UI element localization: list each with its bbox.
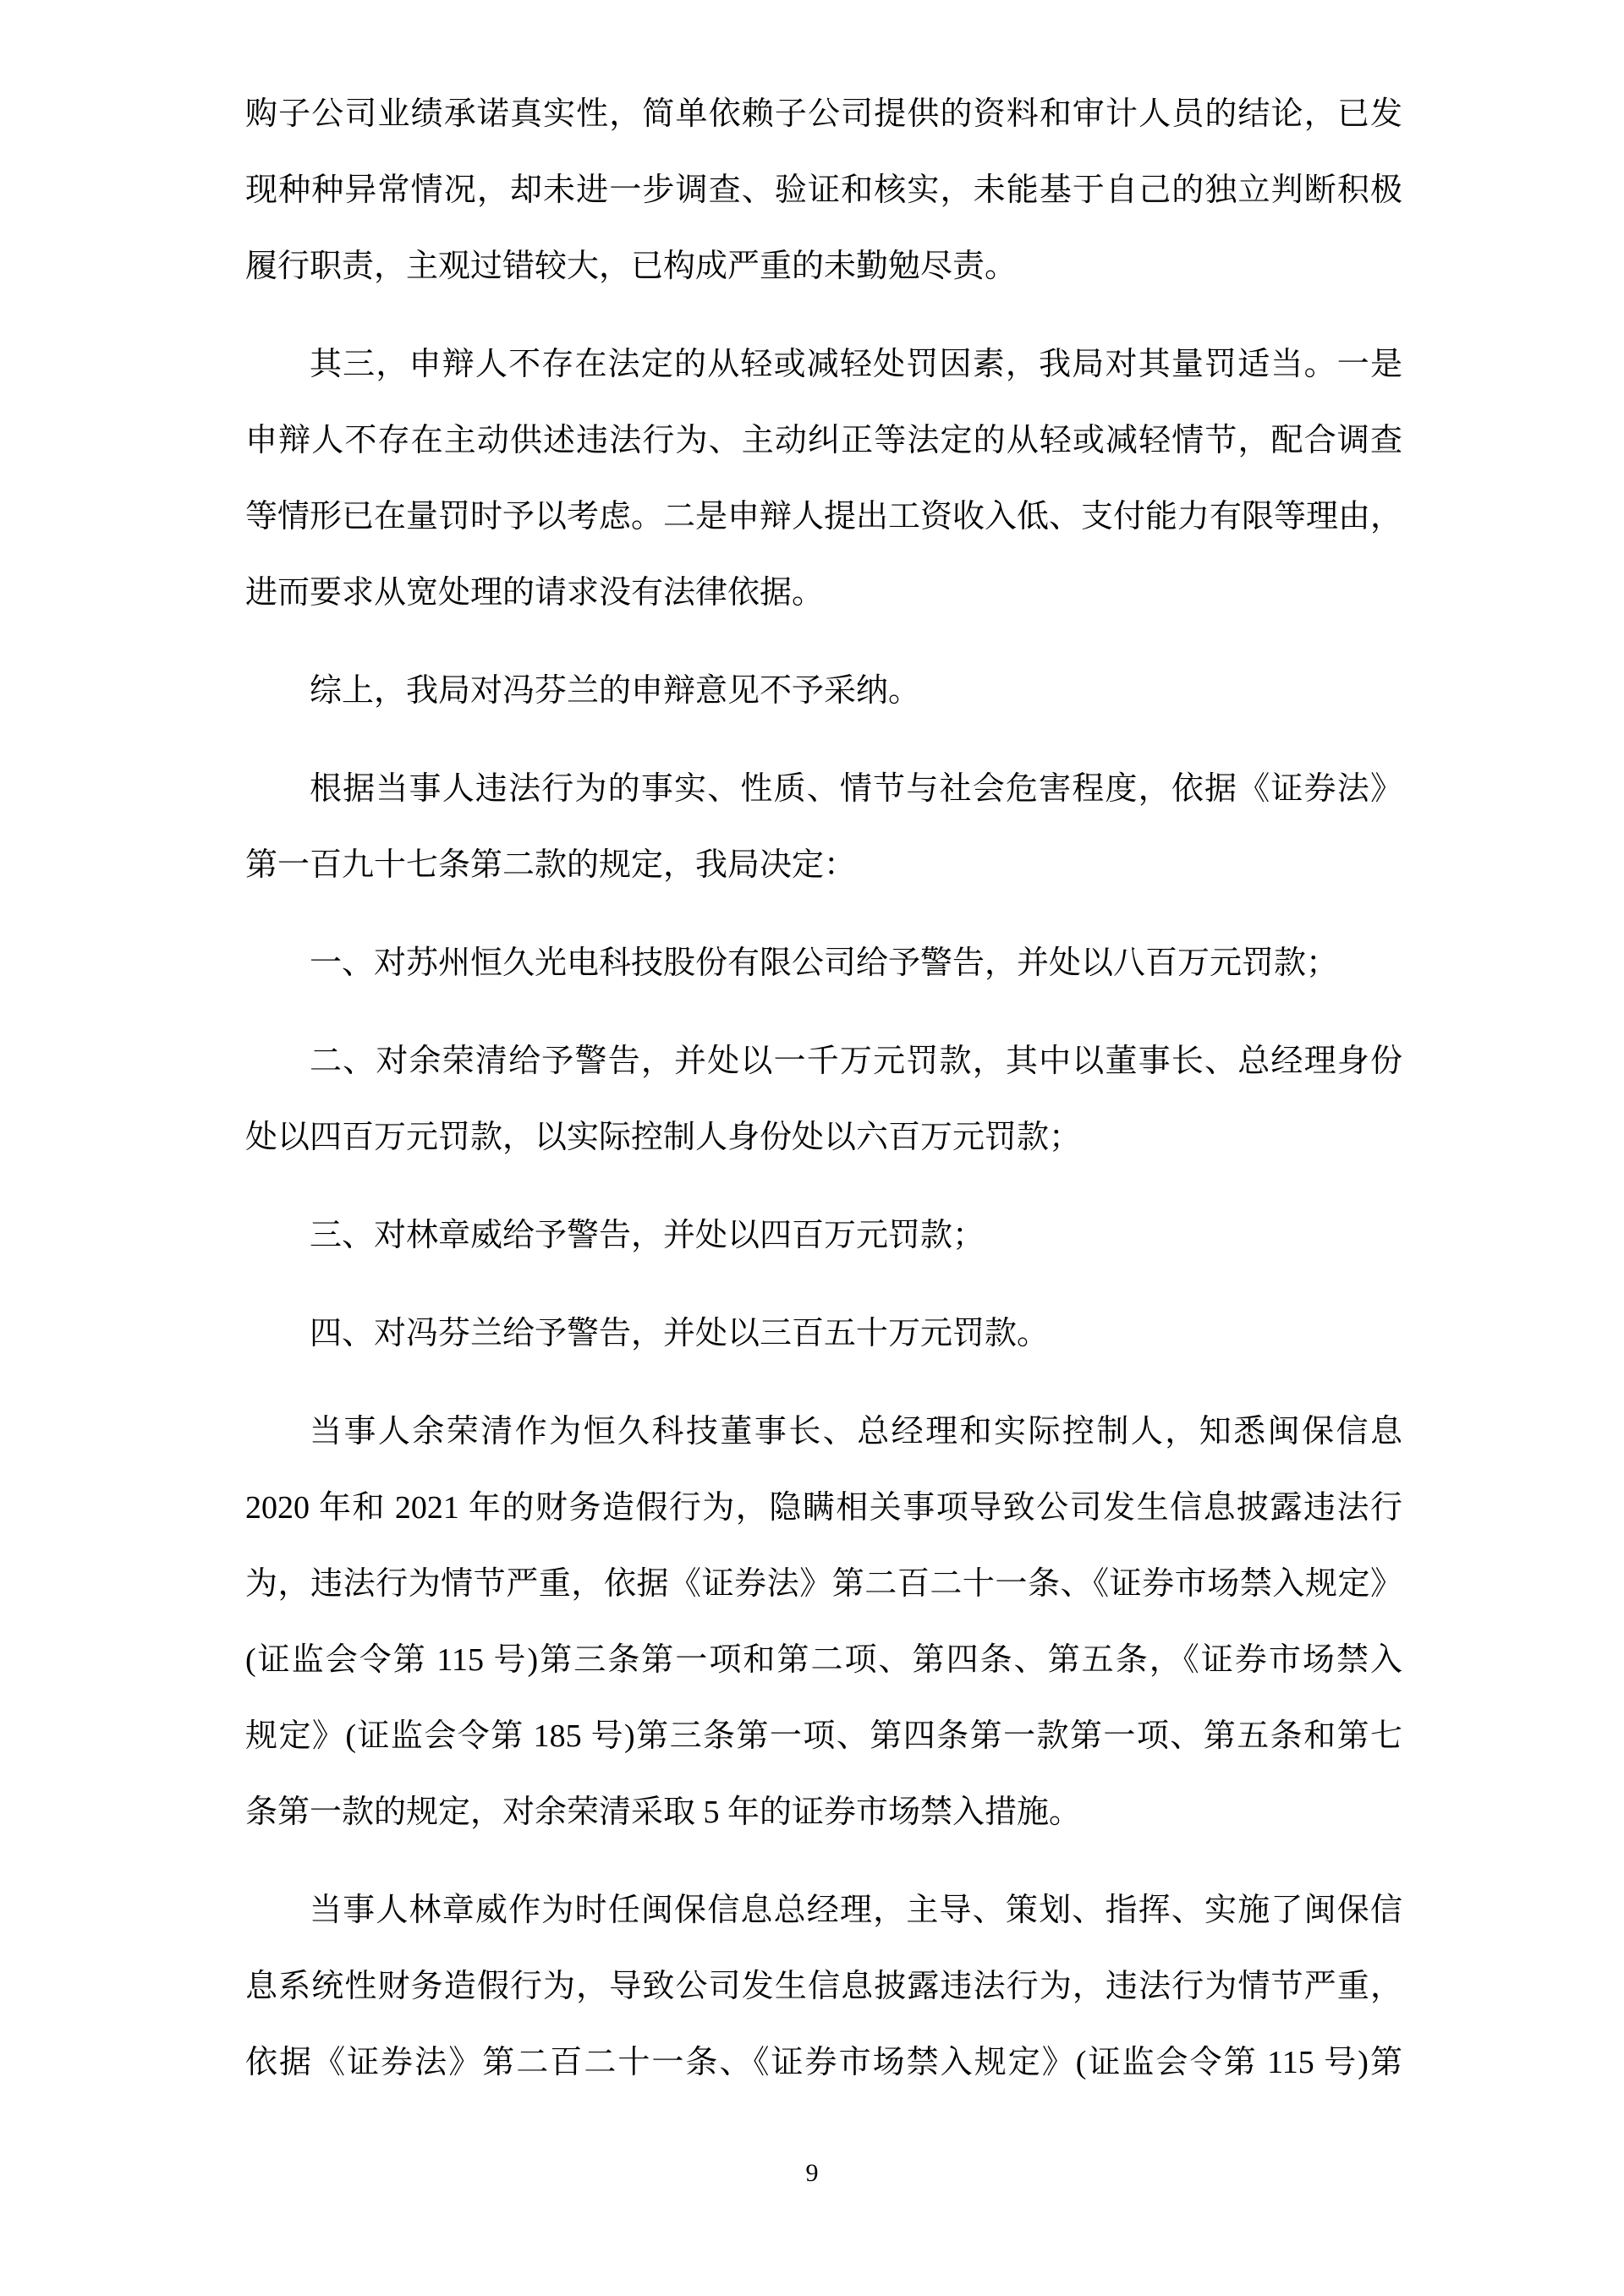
text-line: 二、对余荣清给予警告，并处以一千万元罚款，其中以董事长、总经理身份 bbox=[245, 1023, 1402, 1099]
paragraph: 根据当事人违法行为的事实、性质、情节与社会危害程度，依据《证券法》第一百九十七条… bbox=[245, 751, 1402, 903]
text-line: 当事人余荣清作为恒久科技董事长、总经理和实际控制人，知悉闽保信息 bbox=[245, 1394, 1402, 1470]
text-line: 等情形已在量罚时予以考虑。二是申辩人提出工资收入低、支付能力有限等理由， bbox=[245, 479, 1402, 555]
document-body: 购子公司业绩承诺真实性，简单依赖子公司提供的资料和审计人员的结论，已发现种种异常… bbox=[245, 76, 1402, 2101]
text-line: 条第一款的规定，对余荣清采取 5 年的证券市场禁入措施。 bbox=[245, 1774, 1402, 1850]
paragraph: 其三，申辩人不存在法定的从轻或减轻处罚因素，我局对其量罚适当。一是申辩人不存在主… bbox=[245, 326, 1402, 631]
text-line: 申辩人不存在主动供述违法行为、主动纠正等法定的从轻或减轻情节，配合调查 bbox=[245, 403, 1402, 479]
document-page: 购子公司业绩承诺真实性，简单依赖子公司提供的资料和审计人员的结论，已发现种种异常… bbox=[0, 0, 1624, 2296]
text-line: 当事人林章威作为时任闽保信息总经理，主导、策划、指挥、实施了闽保信 bbox=[245, 1872, 1402, 1948]
text-line: 第一百九十七条第二款的规定，我局决定： bbox=[245, 827, 1402, 903]
text-line: 规定》(证监会令第 185 号)第三条第一项、第四条第一款第一项、第五条和第七 bbox=[245, 1698, 1402, 1774]
page-number: 9 bbox=[0, 2148, 1624, 2199]
paragraph: 二、对余荣清给予警告，并处以一千万元罚款，其中以董事长、总经理身份处以四百万元罚… bbox=[245, 1023, 1402, 1175]
text-line: 处以四百万元罚款，以实际控制人身份处以六百万元罚款； bbox=[245, 1099, 1402, 1175]
paragraph: 购子公司业绩承诺真实性，简单依赖子公司提供的资料和审计人员的结论，已发现种种异常… bbox=[245, 76, 1402, 304]
text-line: 为，违法行为情节严重，依据《证券法》第二百二十一条、《证券市场禁入规定》 bbox=[245, 1546, 1402, 1622]
text-line: 根据当事人违法行为的事实、性质、情节与社会危害程度，依据《证券法》 bbox=[245, 751, 1402, 827]
text-line: (证监会令第 115 号)第三条第一项和第二项、第四条、第五条，《证券市场禁入 bbox=[245, 1622, 1402, 1698]
text-line: 履行职责，主观过错较大，已构成严重的未勤勉尽责。 bbox=[245, 228, 1402, 304]
paragraph: 四、对冯芬兰给予警告，并处以三百五十万元罚款。 bbox=[245, 1296, 1402, 1372]
text-line: 息系统性财务造假行为，导致公司发生信息披露违法行为，违法行为情节严重， bbox=[245, 1948, 1402, 2025]
text-line: 四、对冯芬兰给予警告，并处以三百五十万元罚款。 bbox=[245, 1296, 1402, 1372]
text-line: 一、对苏州恒久光电科技股份有限公司给予警告，并处以八百万元罚款； bbox=[245, 925, 1402, 1001]
text-line: 购子公司业绩承诺真实性，简单依赖子公司提供的资料和审计人员的结论，已发 bbox=[245, 76, 1402, 152]
paragraph: 三、对林章威给予警告，并处以四百万元罚款； bbox=[245, 1197, 1402, 1274]
text-line: 2020 年和 2021 年的财务造假行为，隐瞒相关事项导致公司发生信息披露违法… bbox=[245, 1470, 1402, 1546]
paragraph: 当事人余荣清作为恒久科技董事长、总经理和实际控制人，知悉闽保信息2020 年和 … bbox=[245, 1394, 1402, 1850]
paragraph: 当事人林章威作为时任闽保信息总经理，主导、策划、指挥、实施了闽保信息系统性财务造… bbox=[245, 1872, 1402, 2101]
text-line: 依据《证券法》第二百二十一条、《证券市场禁入规定》(证监会令第 115 号)第 bbox=[245, 2025, 1402, 2101]
text-line: 综上，我局对冯芬兰的申辩意见不予采纳。 bbox=[245, 653, 1402, 729]
paragraph: 一、对苏州恒久光电科技股份有限公司给予警告，并处以八百万元罚款； bbox=[245, 925, 1402, 1001]
text-line: 三、对林章威给予警告，并处以四百万元罚款； bbox=[245, 1197, 1402, 1274]
text-line: 现种种异常情况，却未进一步调查、验证和核实，未能基于自己的独立判断积极 bbox=[245, 152, 1402, 228]
text-line: 其三，申辩人不存在法定的从轻或减轻处罚因素，我局对其量罚适当。一是 bbox=[245, 326, 1402, 403]
text-line: 进而要求从宽处理的请求没有法律依据。 bbox=[245, 555, 1402, 631]
paragraph: 综上，我局对冯芬兰的申辩意见不予采纳。 bbox=[245, 653, 1402, 729]
